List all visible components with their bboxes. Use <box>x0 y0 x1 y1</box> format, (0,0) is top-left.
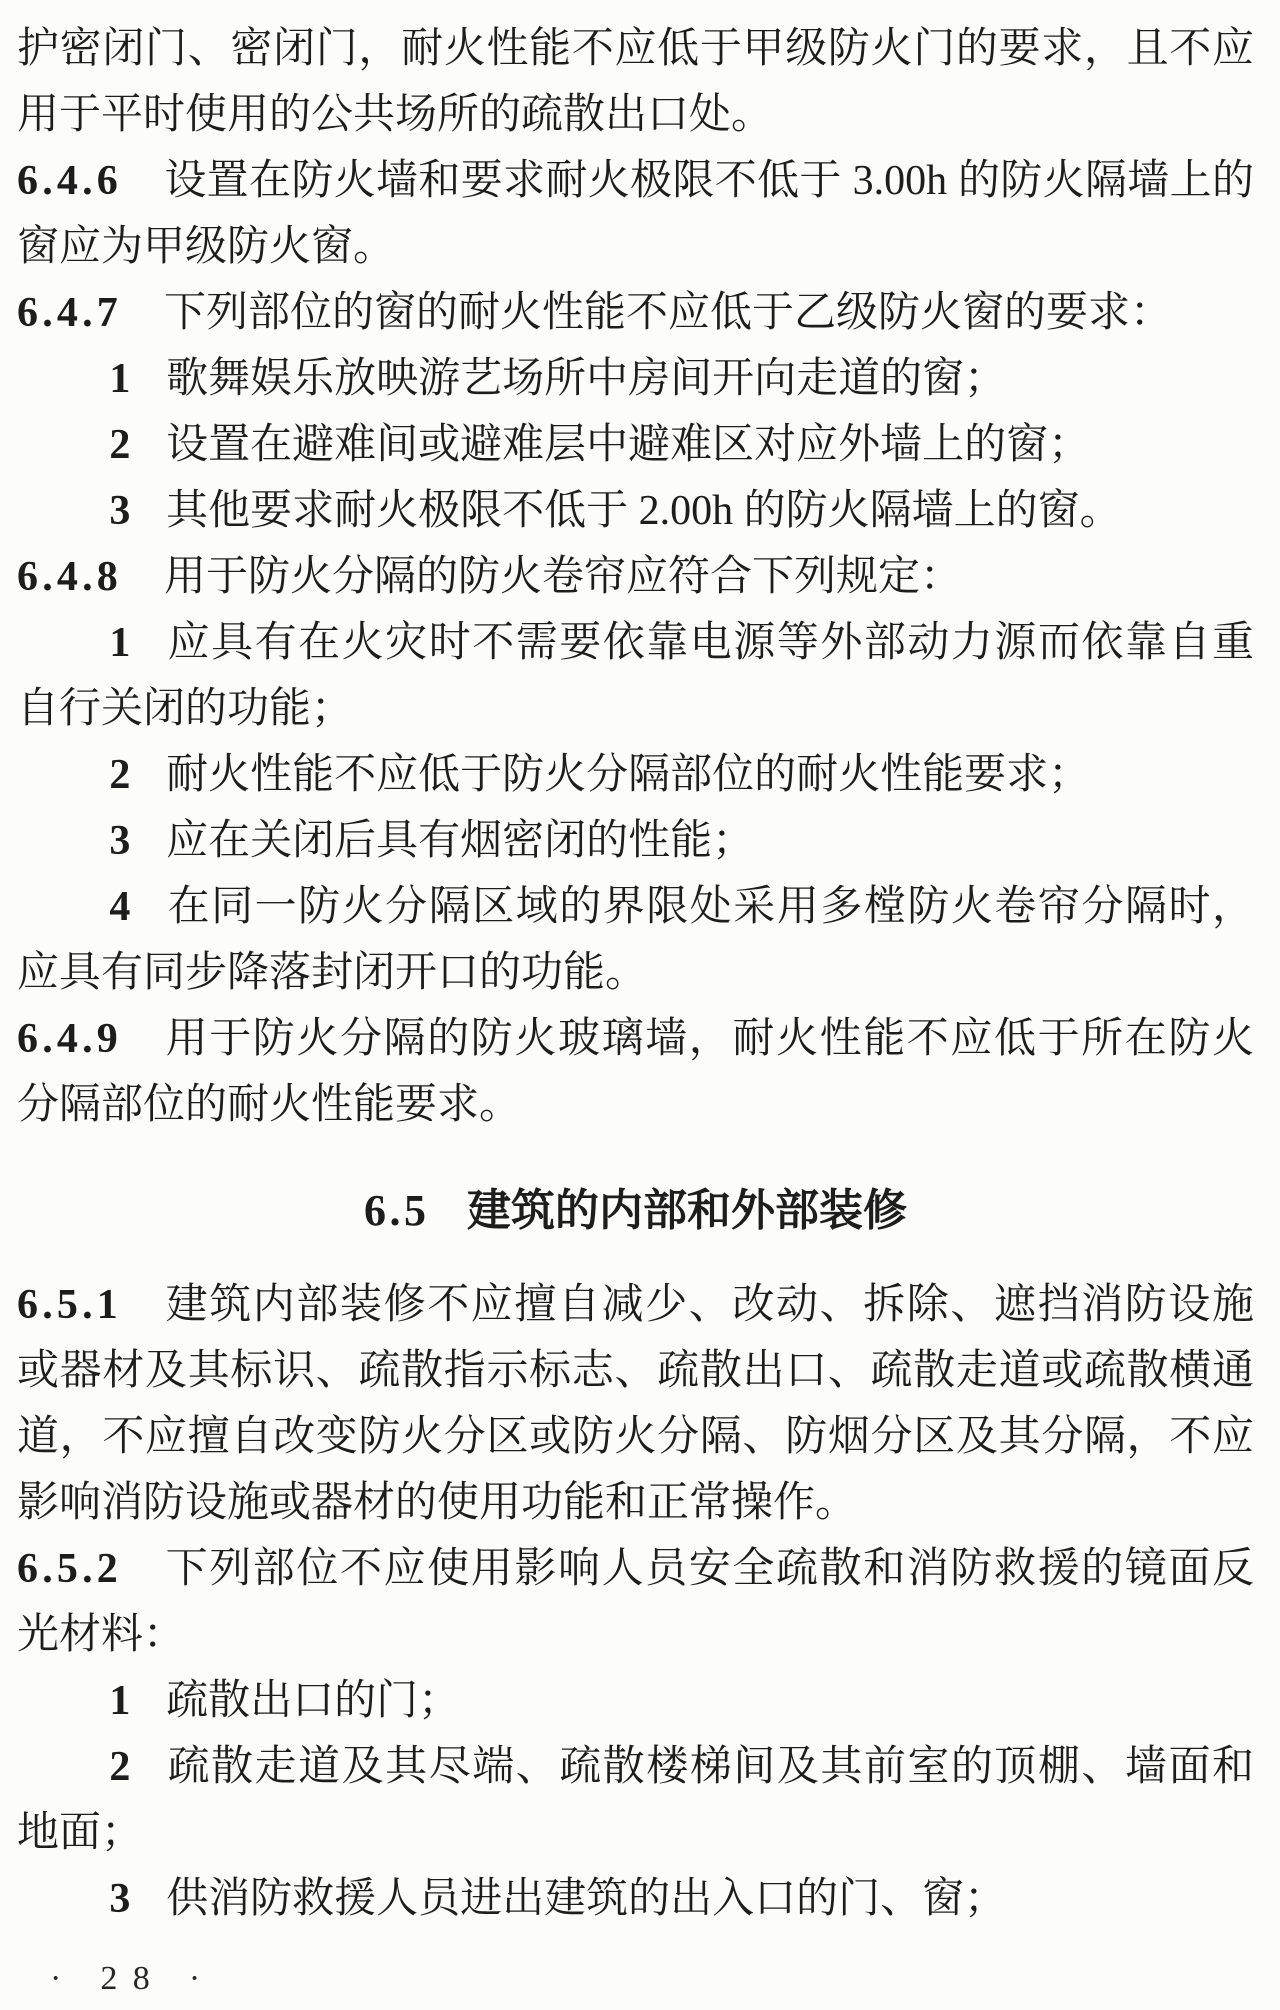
item-number: 1 <box>109 620 130 666</box>
list-item: 2设置在避难间或避难层中避难区对应外墙上的窗； <box>17 412 1254 478</box>
list-item: 1疏散出口的门； <box>17 1668 1254 1734</box>
list-item: 3应在关闭后具有烟密闭的性能； <box>17 808 1254 874</box>
clause-number: 6.5.2 <box>17 1546 122 1592</box>
item-text: 设置在避难间或避难层中避难区对应外墙上的窗； <box>166 422 1090 468</box>
clause-number: 6.4.7 <box>17 290 122 336</box>
item-number: 2 <box>109 752 130 798</box>
clause-6-4-9: 6.4.9用于防火分隔的防火玻璃墙，耐火性能不应低于所在防火分隔部位的耐火性能要… <box>17 1006 1254 1138</box>
section-heading: 6.5建筑的内部和外部装修 <box>17 1178 1254 1244</box>
item-number: 1 <box>109 356 130 402</box>
list-item: 3供消防救援人员进出建筑的出入口的门、窗； <box>17 1866 1254 1932</box>
list-item: 1歌舞娱乐放映游艺场所中房间开向走道的窗； <box>17 346 1254 412</box>
item-text: 疏散走道及其尽端、疏散楼梯间及其前室的顶棚、墙面和地面； <box>17 1744 1254 1856</box>
item-number: 3 <box>109 818 130 864</box>
item-number: 2 <box>109 1744 130 1790</box>
clause-6-5-2: 6.5.2下列部位不应使用影响人员安全疏散和消防救援的镜面反光材料： <box>17 1536 1254 1668</box>
item-number: 1 <box>109 1678 130 1724</box>
paragraph-text: 护密闭门、密闭门，耐火性能不应低于甲级防火门的要求，且不应用于平时使用的公共场所… <box>17 26 1254 138</box>
paragraph-continuation: 护密闭门、密闭门，耐火性能不应低于甲级防火门的要求，且不应用于平时使用的公共场所… <box>17 16 1254 148</box>
item-text: 其他要求耐火极限不低于 2.00h 的防火隔墙上的窗。 <box>166 488 1122 534</box>
page-number: · 28 · <box>50 1960 215 1998</box>
clause-text: 建筑内部装修不应擅自减少、改动、拆除、遮挡消防设施或器材及其标识、疏散指示标志、… <box>17 1282 1254 1526</box>
document-page: 护密闭门、密闭门，耐火性能不应低于甲级防火门的要求，且不应用于平时使用的公共场所… <box>0 0 1280 2010</box>
list-item: 3其他要求耐火极限不低于 2.00h 的防火隔墙上的窗。 <box>17 478 1254 544</box>
clause-6-4-7: 6.4.7下列部位的窗的耐火性能不应低于乙级防火窗的要求： <box>17 280 1254 346</box>
item-text: 应具有在火灾时不需要依靠电源等外部动力源而依靠自重自行关闭的功能； <box>17 620 1254 732</box>
clause-text: 用于防火分隔的防火玻璃墙，耐火性能不应低于所在防火分隔部位的耐火性能要求。 <box>17 1016 1254 1128</box>
list-item: 1应具有在火灾时不需要依靠电源等外部动力源而依靠自重自行关闭的功能； <box>17 610 1254 742</box>
clause-6-5-1: 6.5.1建筑内部装修不应擅自减少、改动、拆除、遮挡消防设施或器材及其标识、疏散… <box>17 1272 1254 1536</box>
clause-number: 6.5.1 <box>17 1282 122 1328</box>
item-number: 4 <box>109 884 130 930</box>
item-text: 应在关闭后具有烟密闭的性能； <box>166 818 754 864</box>
item-number: 3 <box>109 488 130 534</box>
clause-number: 6.4.8 <box>17 554 122 600</box>
clause-number: 6.4.6 <box>17 158 122 204</box>
item-number: 2 <box>109 422 130 468</box>
item-text: 疏散出口的门； <box>166 1678 460 1724</box>
clause-text: 设置在防火墙和要求耐火极限不低于 3.00h 的防火隔墙上的窗应为甲级防火窗。 <box>17 158 1254 270</box>
item-number: 3 <box>109 1876 130 1922</box>
item-text: 供消防救援人员进出建筑的出入口的门、窗； <box>166 1876 1006 1922</box>
section-title: 建筑的内部和外部装修 <box>467 1186 907 1235</box>
clause-text: 用于防火分隔的防火卷帘应符合下列规定： <box>164 554 962 600</box>
clause-number: 6.4.9 <box>17 1016 122 1062</box>
clause-text: 下列部位的窗的耐火性能不应低于乙级防火窗的要求： <box>164 290 1172 336</box>
section-number: 6.5 <box>364 1186 430 1235</box>
item-text: 歌舞娱乐放映游艺场所中房间开向走道的窗； <box>166 356 1006 402</box>
document-body: 护密闭门、密闭门，耐火性能不应低于甲级防火门的要求，且不应用于平时使用的公共场所… <box>17 16 1254 1932</box>
clause-6-4-8: 6.4.8用于防火分隔的防火卷帘应符合下列规定： <box>17 544 1254 610</box>
item-text: 在同一防火分隔区域的界限处采用多樘防火卷帘分隔时，应具有同步降落封闭开口的功能。 <box>17 884 1254 996</box>
list-item: 2耐火性能不应低于防火分隔部位的耐火性能要求； <box>17 742 1254 808</box>
clause-6-4-6: 6.4.6设置在防火墙和要求耐火极限不低于 3.00h 的防火隔墙上的窗应为甲级… <box>17 148 1254 280</box>
list-item: 2疏散走道及其尽端、疏散楼梯间及其前室的顶棚、墙面和地面； <box>17 1734 1254 1866</box>
list-item: 4在同一防火分隔区域的界限处采用多樘防火卷帘分隔时，应具有同步降落封闭开口的功能… <box>17 874 1254 1006</box>
clause-text: 下列部位不应使用影响人员安全疏散和消防救援的镜面反光材料： <box>17 1546 1254 1658</box>
item-text: 耐火性能不应低于防火分隔部位的耐火性能要求； <box>166 752 1090 798</box>
